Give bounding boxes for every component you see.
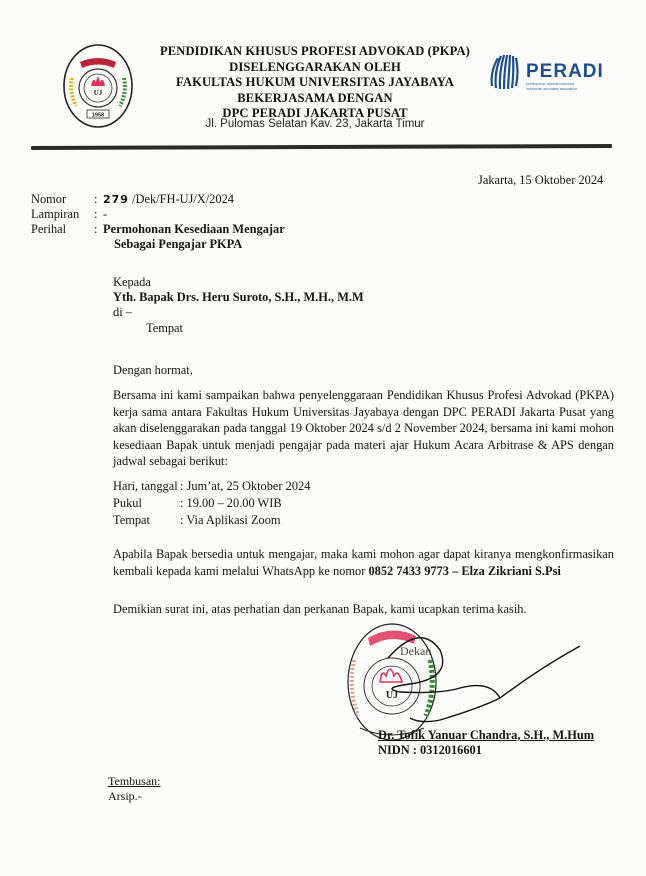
signatory-title: Dekan	[400, 644, 431, 659]
schedule-day-value: : Jum’at, 25 Oktober 2024	[180, 479, 310, 494]
schedule-place-label: Tempat	[113, 513, 150, 528]
schedule-day-label: Hari, tanggal	[113, 479, 178, 494]
body-paragraph-1: Bersama ini kami sampaikan bahwa penyele…	[113, 387, 614, 470]
recipient-tempat: Tempat	[146, 321, 183, 336]
lampiran-colon: :	[94, 207, 97, 222]
signatory-nidn: NIDN : 0312016601	[378, 743, 482, 758]
schedule-place-value: : Via Aplikasi Zoom	[180, 513, 281, 528]
nomor-value: 279 /Dek/FH-UJ/X/2024	[103, 192, 234, 207]
perihal-label: Perihal	[31, 222, 66, 237]
recipient-name: Yth. Bapak Drs. Heru Suroto, S.H., M.H.,…	[113, 290, 364, 305]
letter-page: UJ 1958 PENDIDIKAN KHUSUS PROFESI ADVOKA…	[0, 0, 646, 876]
schedule-time-value: : 19.00 – 20.00 WIB	[180, 496, 282, 511]
peradi-logo: PERADI perhimpunan advokat indonesia ind…	[486, 50, 606, 96]
cc-item: Arsip.-	[108, 789, 142, 804]
recipient-kepada: Kepada	[113, 275, 151, 290]
university-seal-logo: UJ 1958	[60, 42, 136, 130]
letterhead-title: PENDIDIKAN KHUSUS PROFESI ADVOKAD (PKPA)…	[140, 44, 490, 122]
nomor-label: Nomor	[31, 192, 66, 207]
nomor-suffix: /Dek/FH-UJ/X/2024	[132, 192, 234, 206]
letter-date: Jakarta, 15 Oktober 2024	[478, 173, 603, 188]
letterhead-line-4: BEKERJASAMA DENGAN	[140, 91, 490, 107]
perihal-colon: :	[94, 222, 97, 237]
lampiran-value: -	[103, 207, 107, 222]
closing-sentence: Demikian surat ini, atas perhatian dan p…	[113, 602, 527, 617]
svg-text:1958: 1958	[92, 113, 104, 119]
letterhead-line-1: PENDIDIKAN KHUSUS PROFESI ADVOKAD (PKPA)	[140, 44, 490, 60]
greeting: Dengan hormat,	[113, 363, 193, 378]
letterhead-divider	[31, 144, 612, 150]
svg-text:UJ: UJ	[94, 89, 103, 97]
letterhead-line-3: FAKULTAS HUKUM UNIVERSITAS JAYABAYA	[140, 75, 490, 91]
svg-text:PERADI: PERADI	[526, 61, 604, 82]
handwritten-signature	[380, 628, 600, 728]
nomor-colon: :	[94, 192, 97, 207]
perihal-line-2: Sebagai Pengajar PKPA	[114, 237, 242, 252]
body-paragraph-2: Apabila Bapak bersedia untuk mengajar, m…	[113, 546, 614, 580]
svg-text:perhimpunan advokat indonesia: perhimpunan advokat indonesia	[526, 82, 574, 86]
nomor-handwritten: 279	[103, 193, 129, 206]
letterhead-line-2: DISELENGGARAKAN OLEH	[140, 60, 490, 76]
cc-label: Tembusan:	[108, 774, 160, 789]
letterhead-address: Jl. Pulomas Selatan Kav. 23, Jakarta Tim…	[140, 118, 490, 130]
lampiran-label: Lampiran	[31, 207, 79, 222]
svg-text:indonesian advocates associati: indonesian advocates association	[526, 87, 577, 91]
recipient-di: di –	[113, 305, 132, 320]
perihal-line-1: Permohonan Kesediaan Mengajar	[103, 222, 285, 237]
signatory-name: Dr. Tofik Yanuar Chandra, S.H., M.Hum	[378, 728, 594, 743]
contact-info: 0852 7433 9773 – Elza Zikriani S.Psi	[368, 564, 560, 578]
schedule-time-label: Pukul	[113, 496, 142, 511]
